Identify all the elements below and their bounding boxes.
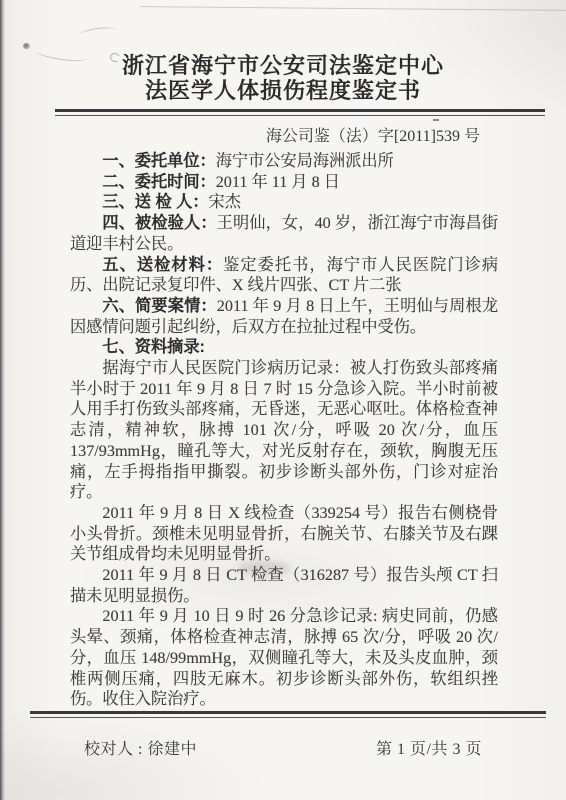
item-label: 六、简要案情： (102, 297, 216, 315)
rule-thick-line (55, 109, 545, 112)
rule-thin-line (30, 717, 546, 718)
title-line-2: 法医学人体损伤程度鉴定书 (0, 78, 566, 103)
item-row-examinee: 四、被检验人：王明仙，女，40 岁，浙江海宁市海昌街道迎丰村公民。 (70, 213, 498, 254)
rule-thin-line (55, 115, 545, 116)
item-row-entrusting-unit: 一、委托单位：海宁市公安局海洲派出所 (70, 151, 498, 172)
item-label: 一、委托单位： (102, 152, 215, 170)
document-number: 海公司鉴（法）字[2011]539 号 (0, 126, 480, 147)
document-content: 浙江省海宁市公安司法鉴定中心 法医学人体损伤程度鉴定书 海公司鉴（法）字[201… (0, 0, 566, 800)
item-label: 四、被检验人： (102, 214, 216, 232)
scanned-document-page: 浙江省海宁市公安司法鉴定中心 法医学人体损伤程度鉴定书 海公司鉴（法）字[201… (0, 0, 566, 800)
document-footer: 校对人 : 徐建中 第 1 页/共 3 页 (0, 711, 566, 759)
proofreader: 校对人 : 徐建中 (84, 736, 197, 759)
item-value: 海宁市公安局海洲派出所 (216, 152, 394, 170)
item-label: 五、送检材料： (102, 256, 223, 274)
paragraph-emergency-record: 2011 年 9 月 10 日 9 时 26 分急诊记录: 病史同前，仍感头晕、… (70, 606, 498, 710)
item-row-entrusting-date: 二、委托时间：2011 年 11 月 8 日 (70, 172, 498, 193)
footer-double-rule (30, 711, 546, 719)
paragraph-outpatient-record: 据海宁市人民医院门诊病历记录：被人打伤致头部疼痛半小时于 2011 年 9 月 … (70, 358, 498, 503)
item-label: 七、资料摘录: (102, 338, 205, 356)
item-row-materials: 五、送检材料：鉴定委托书，海宁市人民医院门诊病历、出院记录复印件、X 线片四张、… (70, 255, 498, 296)
item-label: 三、送 检 人： (102, 193, 208, 211)
footer-row: 校对人 : 徐建中 第 1 页/共 3 页 (84, 736, 482, 759)
item-label: 二、委托时间： (102, 173, 215, 191)
paragraph-ct-report-1: 2011 年 9 月 8 日 CT 检查（316287 号）报告头颅 CT 扫描… (70, 565, 498, 606)
item-value: 宋杰 (209, 193, 241, 211)
document-header: 浙江省海宁市公安司法鉴定中心 法医学人体损伤程度鉴定书 海公司鉴（法）字[201… (0, 0, 566, 147)
document-title: 浙江省海宁市公安司法鉴定中心 法医学人体损伤程度鉴定书 (0, 0, 566, 103)
item-value: 2011 年 11 月 8 日 (216, 173, 340, 191)
paragraph-xray-report: 2011 年 9 月 8 日 X 线检查（339254 号）报告右侧桡骨小头骨折… (70, 503, 498, 565)
page-indicator: 第 1 页/共 3 页 (376, 736, 482, 759)
rule-thick-line (30, 711, 546, 714)
header-double-rule (55, 109, 545, 117)
document-body: 一、委托单位：海宁市公安局海洲派出所 二、委托时间：2011 年 11 月 8 … (70, 151, 498, 711)
item-row-case-summary: 六、简要案情：2011 年 9 月 8 日上午，王明仙与周根龙因感情问题引起纠纷… (70, 296, 498, 337)
item-row-data-excerpt: 七、资料摘录: (70, 337, 498, 358)
item-row-submitter: 三、送 检 人：宋杰 (70, 192, 498, 213)
title-line-1: 浙江省海宁市公安司法鉴定中心 (0, 53, 566, 78)
